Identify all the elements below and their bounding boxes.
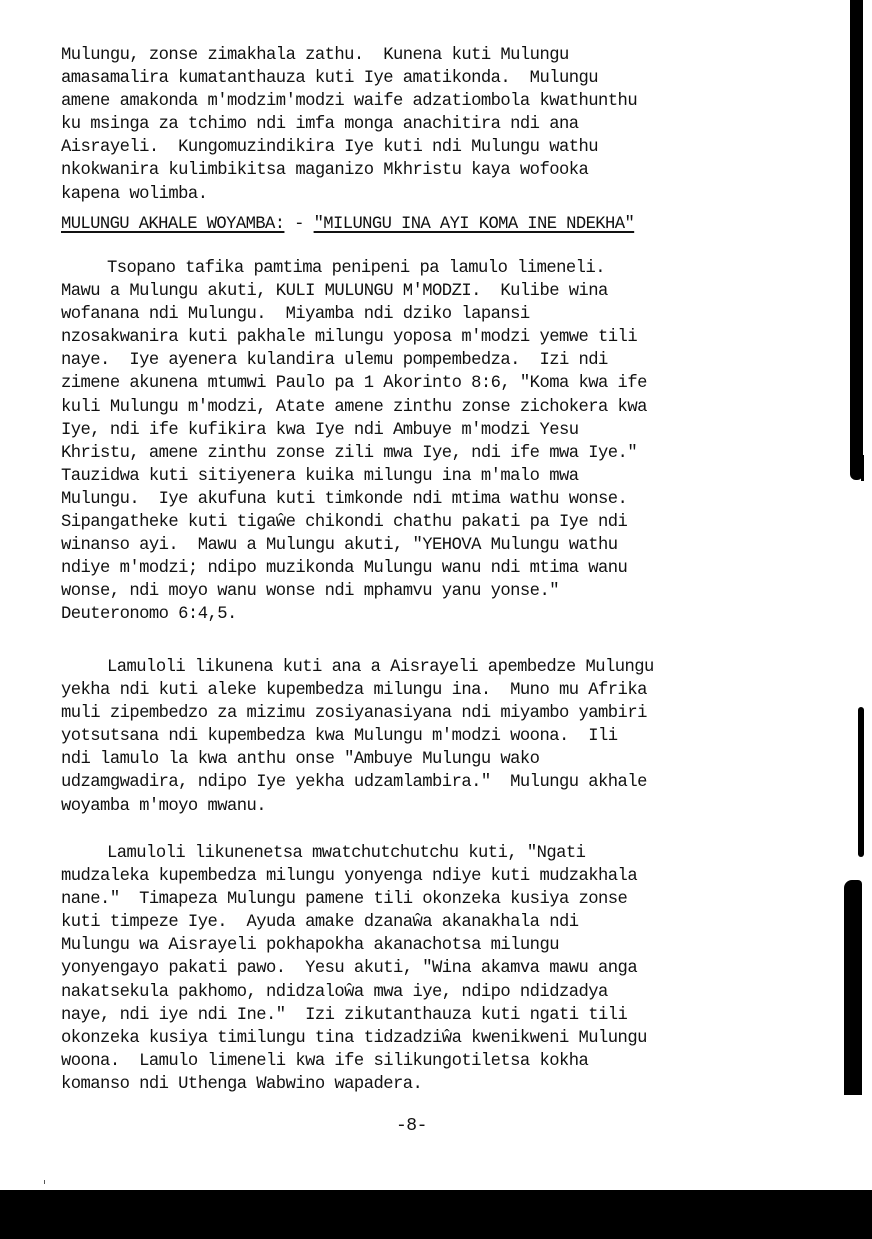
text-line: woona. Lamulo limeneli kwa ife silikungo…	[61, 1050, 801, 1073]
text-line: Tauzidwa kuti sitiyenera kuika milungu i…	[61, 465, 801, 488]
text-line: naye, ndi iye ndi Ine." Izi zikutanthauz…	[61, 1004, 801, 1027]
text-line: Deuteronomo 6:4,5.	[61, 603, 801, 626]
text-line: wofanana ndi Mulungu. Miyamba ndi dziko …	[61, 303, 801, 326]
scan-edge-shadow	[850, 0, 863, 480]
text-line: Sipangatheke kuti tigaŵe chikondi chathu…	[61, 511, 801, 534]
text-line: Aisrayeli. Kungomuzindikira Iye kuti ndi…	[61, 136, 801, 159]
scan-edge-shadow	[861, 455, 864, 481]
text-line: Mawu a Mulungu akuti, KULI MULUNGU M'MOD…	[61, 280, 801, 303]
text-line: ndi lamulo la kwa anthu onse "Ambuye Mul…	[61, 748, 801, 771]
text-line: nakatsekula pakhomo, ndidzaloŵa mwa iye,…	[61, 981, 801, 1004]
text-line: nzosakwanira kuti pakhale milungu yoposa…	[61, 326, 801, 349]
text-line: ndiye m'modzi; ndipo muzikonda Mulungu w…	[61, 557, 801, 580]
paragraph-2: Tsopano tafika pamtima penipeni pa lamul…	[61, 257, 801, 627]
text-line: udzamgwadira, ndipo Iye yekha udzamlambi…	[61, 771, 801, 794]
text-line: kuli Mulungu m'modzi, Atate amene zinthu…	[61, 396, 801, 419]
text-line: kuti timpeze Iye. Ayuda amake dzanaŵa ak…	[61, 911, 801, 934]
section-heading: MULUNGU AKHALE WOYAMBA: - "MILUNGU INA A…	[61, 215, 634, 234]
paragraph-4: Lamuloli likunenetsa mwatchutchutchu kut…	[61, 842, 801, 1096]
scan-speck	[44, 1180, 45, 1184]
text-line: muli zipembedzo za mizimu zosiyanasiyana…	[61, 702, 801, 725]
text-line: yonyengayo pakati pawo. Yesu akuti, "Win…	[61, 957, 801, 980]
text-line: wonse, ndi moyo wanu wonse ndi mphamvu y…	[61, 580, 801, 603]
scanned-page: Mulungu, zonse zimakhala zathu. Kunena k…	[0, 0, 872, 1239]
scan-edge-shadow	[844, 880, 862, 1095]
text-line: amasamalira kumatanthauza kuti Iye amati…	[61, 67, 801, 90]
text-line: Mulungu, zonse zimakhala zathu. Kunena k…	[61, 44, 801, 67]
paragraph-3: Lamuloli likunena kuti ana a Aisrayeli a…	[61, 656, 801, 818]
scan-edge-shadow	[858, 707, 864, 857]
text-line: Iye, ndi ife kufikira kwa Iye ndi Ambuye…	[61, 419, 801, 442]
text-line: okonzeka kusiya timilungu tina tidzadziŵ…	[61, 1027, 801, 1050]
text-line: nane." Timapeza Mulungu pamene tili okon…	[61, 888, 801, 911]
text-line: yekha ndi kuti aleke kupembedza milungu …	[61, 679, 801, 702]
scan-bottom-border	[0, 1190, 872, 1239]
text-line: komanso ndi Uthenga Wabwino wapadera.	[61, 1073, 801, 1096]
text-line: nkokwanira kulimbikitsa maganizo Mkhrist…	[61, 159, 801, 182]
text-line: Lamuloli likunena kuti ana a Aisrayeli a…	[61, 656, 801, 679]
text-line: kapena wolimba.	[61, 183, 801, 206]
text-line: woyamba m'moyo mwanu.	[61, 795, 801, 818]
text-line: Mulungu. Iye akufuna kuti timkonde ndi m…	[61, 488, 801, 511]
text-line: Lamuloli likunenetsa mwatchutchutchu kut…	[61, 842, 801, 865]
text-line: mudzaleka kupembedza milungu yonyenga nd…	[61, 865, 801, 888]
text-line: amene amakonda m'modzim'modzi waife adza…	[61, 90, 801, 113]
page-number: -8-	[396, 1116, 427, 1136]
text-line: Mulungu wa Aisrayeli pokhapokha akanacho…	[61, 934, 801, 957]
text-line: zimene akunena mtumwi Paulo pa 1 Akorint…	[61, 372, 801, 395]
heading-separator: -	[284, 215, 313, 234]
text-line: Khristu, amene zinthu zonse zili mwa Iye…	[61, 442, 801, 465]
text-line: naye. Iye ayenera kulandira ulemu pompem…	[61, 349, 801, 372]
text-line: Tsopano tafika pamtima penipeni pa lamul…	[61, 257, 801, 280]
heading-title: MULUNGU AKHALE WOYAMBA:	[61, 215, 284, 234]
paragraph-1: Mulungu, zonse zimakhala zathu. Kunena k…	[61, 44, 801, 206]
text-line: yotsutsana ndi kupembedza kwa Mulungu m'…	[61, 725, 801, 748]
text-line: ku msinga za tchimo ndi imfa monga anach…	[61, 113, 801, 136]
text-line: winanso ayi. Mawu a Mulungu akuti, "YEHO…	[61, 534, 801, 557]
heading-quote: "MILUNGU INA AYI KOMA INE NDEKHA"	[314, 215, 635, 234]
